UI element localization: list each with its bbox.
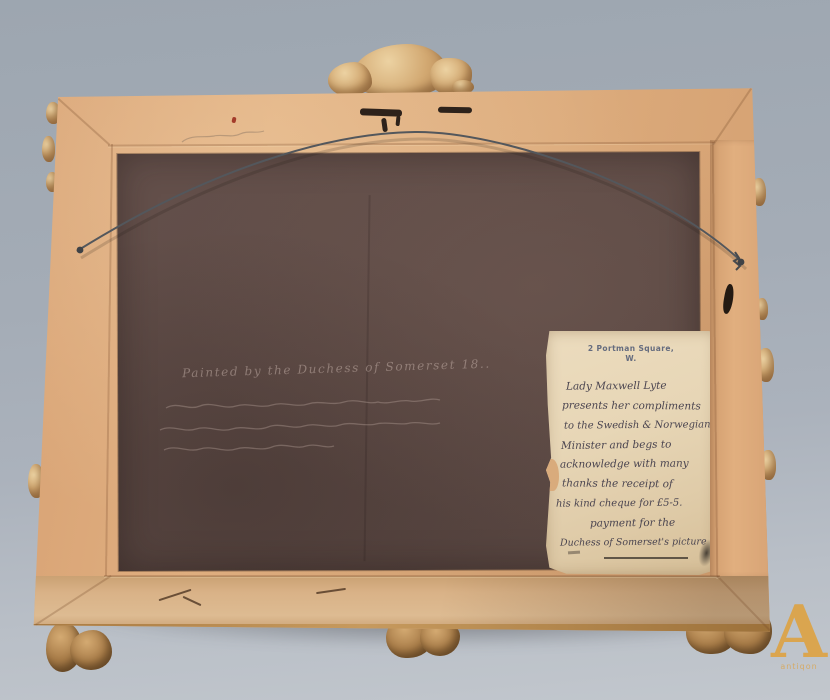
miter-joint (58, 98, 111, 146)
note-line: Minister and begs to (561, 434, 708, 456)
watermark: A antiqon (770, 598, 828, 671)
watermark-text: antiqon (770, 662, 828, 671)
paper-tear (395, 116, 400, 126)
note-line: his kind cheque for £5-5. (556, 493, 708, 514)
panel-crease (364, 195, 371, 561)
note-line: presents her compliments (562, 396, 708, 417)
bottom-left-ornament (70, 630, 112, 670)
note-line: Lady Maxwell Lyte (566, 376, 708, 397)
note-line: to the Swedish & Norwegian (564, 415, 708, 436)
note-address-line1: 2 Portman Square, (546, 344, 716, 354)
note-printed-address: 2 Portman Square, W. (546, 344, 716, 364)
paper-tear (438, 107, 472, 114)
left-edge-ornament (42, 136, 55, 162)
border-crease (105, 144, 113, 576)
watermark-letter-a: A (770, 598, 828, 666)
miter-joint (712, 88, 752, 145)
top-crest-ornament-left (328, 62, 372, 96)
photo-scene: Painted by the Duchess of Somerset 18.. … (0, 0, 830, 700)
note-pencil-mark (568, 551, 580, 555)
red-mark (231, 117, 236, 124)
pasted-note: 2 Portman Square, W. Lady Maxwell Lyte p… (546, 331, 716, 575)
paper-tear (360, 108, 402, 116)
note-line: Duchess of Somerset's picture (560, 532, 708, 553)
note-line: payment for the (590, 513, 708, 534)
note-line: thanks the receipt of (562, 474, 708, 495)
panel-inscription: Painted by the Duchess of Somerset 18.. (182, 356, 502, 380)
note-signature-rule (604, 557, 688, 559)
border-crease (108, 141, 715, 146)
frame-back: Painted by the Duchess of Somerset 18.. … (30, 86, 770, 634)
note-address-line2: W. (546, 354, 716, 364)
paper-tear (381, 118, 388, 133)
border-crease (104, 575, 720, 577)
note-handwriting: Lady Maxwell Lyte presents her complimen… (556, 377, 708, 553)
note-line: acknowledge with many (560, 454, 708, 475)
